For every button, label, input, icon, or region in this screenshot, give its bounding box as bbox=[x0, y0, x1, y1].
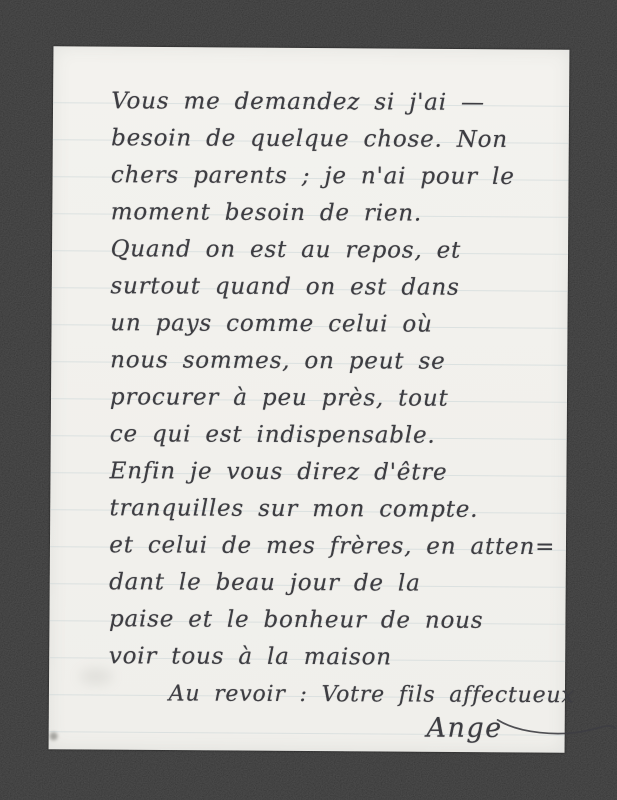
letter-line: paise et le bonheur de nous bbox=[105, 601, 562, 640]
scanned-letter-photo: Vous me demandez si j'ai — besoin de que… bbox=[0, 0, 617, 800]
letter-line: ce qui est indispensable. bbox=[106, 416, 563, 455]
letter-line: Vous me demandez si j'ai — bbox=[107, 83, 564, 122]
letter-page: Vous me demandez si j'ai — besoin de que… bbox=[49, 46, 570, 753]
signature-flourish-stroke bbox=[497, 717, 617, 740]
signature-name: Ange bbox=[426, 713, 502, 744]
letter-closing-line: Au revoir : Votre fils affectueux bbox=[105, 675, 562, 714]
letter-line: chers parents ; je n'ai pour le bbox=[107, 157, 564, 196]
letter-line: procurer à peu près, tout bbox=[106, 379, 563, 418]
letter-line: voir tous à la maison bbox=[105, 638, 562, 677]
handwritten-letter-text: Vous me demandez si j'ai — besoin de que… bbox=[104, 83, 564, 748]
letter-line: dant le beau jour de la bbox=[105, 564, 562, 603]
letter-line: tranquilles sur mon compte. bbox=[105, 490, 562, 529]
letter-line: Enfin je vous direz d'être bbox=[106, 453, 563, 492]
letter-line: besoin de quelque chose. Non bbox=[107, 120, 564, 159]
letter-line: Quand on est au repos, et bbox=[107, 231, 564, 270]
paper-corner-speck bbox=[50, 732, 58, 740]
letter-line: un pays comme celui où bbox=[106, 305, 563, 344]
letter-line: et celui de mes frères, en atten= bbox=[105, 527, 562, 566]
signature-line: Ange bbox=[104, 712, 561, 748]
letter-line: nous sommes, on peut se bbox=[106, 342, 563, 381]
letter-line: moment besoin de rien. bbox=[107, 194, 564, 233]
letter-line: surtout quand on est dans bbox=[106, 268, 563, 307]
